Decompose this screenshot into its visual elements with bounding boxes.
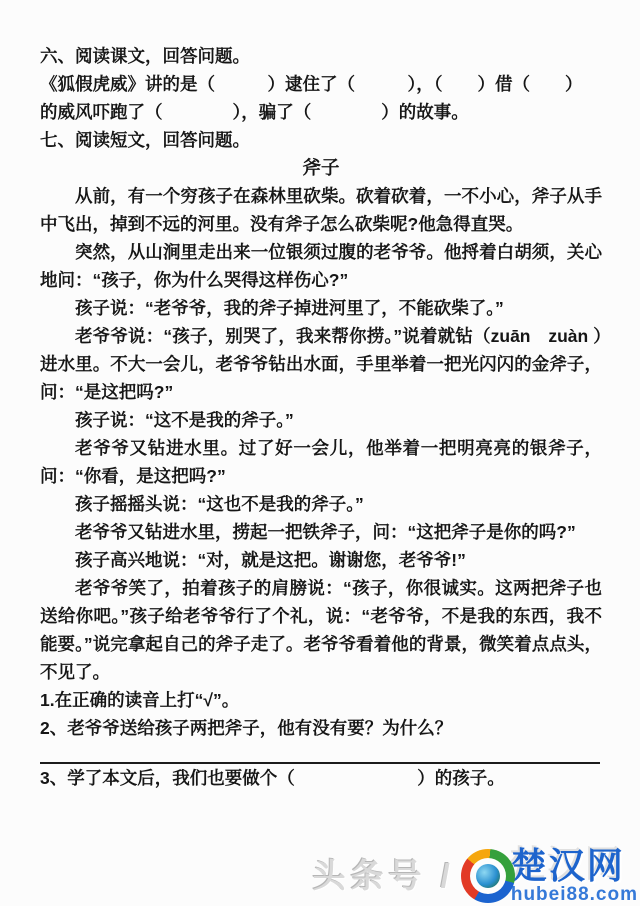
passage-paragraph: 孩子说：“这不是我的斧子。”: [40, 406, 602, 434]
watermark-text: 楚汉网 hubei88.com: [511, 848, 638, 904]
watermark-prefix: 头条号 /: [313, 850, 455, 897]
site-name: 楚汉网: [511, 848, 638, 884]
passage-paragraph: 老爷爷又钻进水里。过了好一会儿，他举着一把明亮亮的银斧子，问：“你看，是这把吗?…: [40, 434, 602, 490]
question-2: 2、老爷爷送给孩子两把斧子，他有没有要？为什么？: [40, 714, 602, 742]
section-seven-heading: 七、阅读短文，回答问题。: [40, 126, 602, 154]
passage-paragraph: 孩子摇摇头说：“这也不是我的斧子。”: [40, 490, 602, 518]
worksheet-content: 六、阅读课文，回答问题。 《狐假虎威》讲的是（ ）逮住了（ ），（ ）借（ ） …: [0, 0, 640, 792]
passage-paragraph: 孩子说：“老爷爷，我的斧子掉进河里了，不能砍柴了。”: [40, 294, 602, 322]
watermark: 头条号 / 楚汉网 hubei88.com: [313, 848, 639, 904]
question-3: 3、学了本文后，我们也要做个（ ）的孩子。: [40, 764, 602, 792]
passage-title: 斧子: [40, 154, 602, 182]
passage-paragraph: 老爷爷又钻进水里，捞起一把铁斧子，问：“这把斧子是你的吗?”: [40, 518, 602, 546]
answer-blank-line: [40, 742, 600, 764]
site-url: hubei88.com: [511, 885, 638, 904]
question-1: 1.在正确的读音上打“√”。: [40, 686, 602, 714]
section-six-heading: 六、阅读课文，回答问题。: [40, 42, 602, 70]
worksheet-page: 六、阅读课文，回答问题。 《狐假虎威》讲的是（ ）逮住了（ ），（ ）借（ ） …: [0, 0, 640, 906]
passage-paragraph: 从前，有一个穷孩子在森林里砍柴。砍着砍着，一不小心，斧子从手中飞出，掉到不远的河…: [40, 182, 602, 238]
passage-paragraph: 老爷爷笑了，拍着孩子的肩膀说：“孩子，你很诚实。这两把斧子也送给你吧。”孩子给老…: [40, 574, 602, 686]
passage-paragraph: 孩子高兴地说：“对，就是这把。谢谢您，老爷爷!”: [40, 546, 602, 574]
passage-paragraph: 老爷爷说：“孩子，别哭了，我来帮你捞。”说着就钻（zuān zuàn ）进水里。…: [40, 322, 602, 406]
section-six-fill-line-2: 的威风吓跑了（ ），骗了（ ）的故事。: [40, 98, 602, 126]
section-six-fill-line-1: 《狐假虎威》讲的是（ ）逮住了（ ），（ ）借（ ）: [40, 70, 602, 98]
globe-swirl-logo-icon: [461, 849, 515, 903]
passage-paragraph: 突然，从山涧里走出来一位银须过腹的老爷爷。他捋着白胡须，关心地问：“孩子，你为什…: [40, 238, 602, 294]
